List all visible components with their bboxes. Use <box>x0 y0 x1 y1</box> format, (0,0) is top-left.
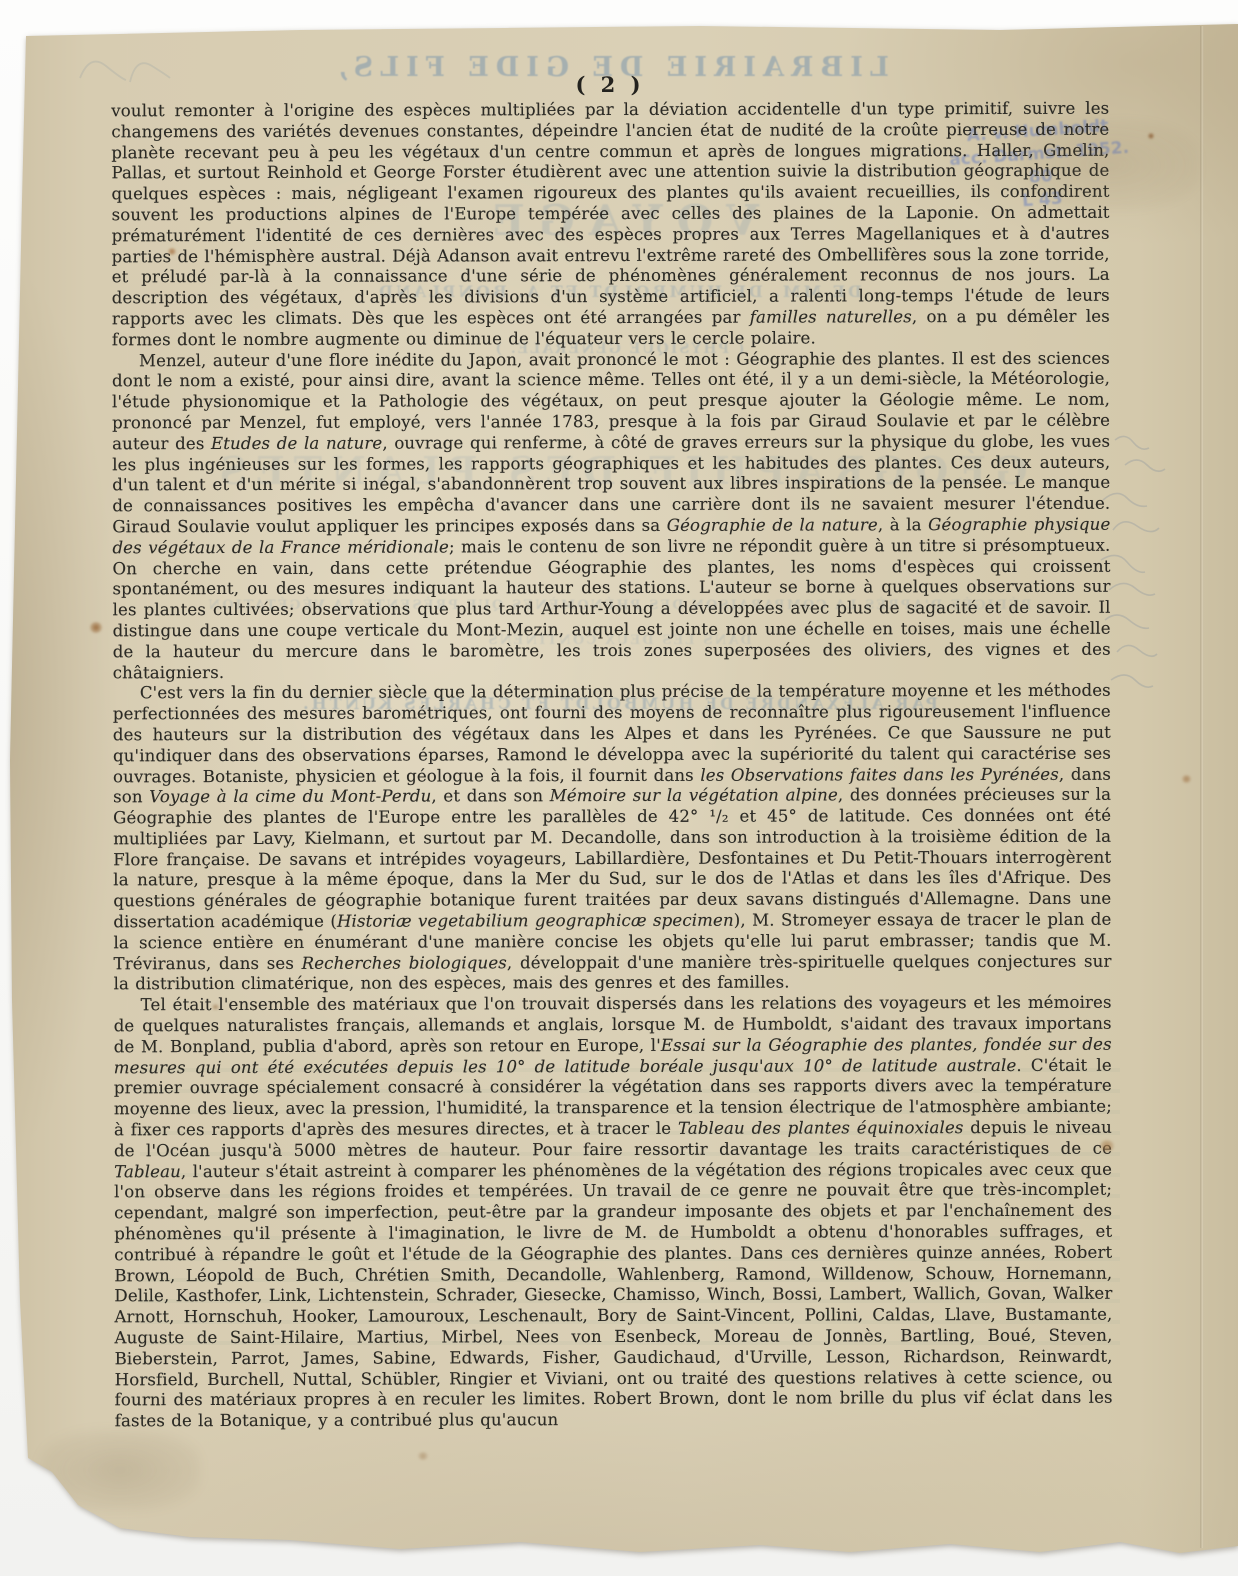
paragraph: Menzel, auteur d'une flore inédite du Ja… <box>112 348 1111 683</box>
italic-title-segment: Mémoire sur la végétation alpine <box>550 786 838 806</box>
foxing-spot <box>90 622 102 633</box>
text-segment: , à la <box>878 515 928 534</box>
paragraph: Tel était l'ensemble des matériaux que l… <box>114 993 1113 1432</box>
italic-title-segment: Tableau des plantes équinoxiales <box>678 1118 964 1138</box>
foxing-spot <box>1182 775 1191 783</box>
italic-title-segment: les Observations faites dans les Pyrénée… <box>700 764 1059 784</box>
italic-title-segment: Historiæ vegetabilium geographicæ specim… <box>337 911 734 931</box>
italic-title-segment: Etudes de la nature <box>211 433 382 452</box>
italic-title-segment: Tableau <box>114 1162 181 1181</box>
paragraph: voulut remonter à l'origine des espèces … <box>111 99 1110 351</box>
italic-title-segment: familles naturelles <box>750 307 912 326</box>
fold-crease <box>1200 26 1204 1548</box>
foxing-spot <box>212 1004 219 1010</box>
foxing-spot <box>418 1452 428 1460</box>
paper-sheet: LIBRAIRIE DE GIDE FILS, VOYAGE DE MM. DE… <box>0 0 1238 1576</box>
text-segment: ; mais le contenu de son livre ne répond… <box>112 535 1110 681</box>
body-text: voulut remonter à l'origine des espèces … <box>111 99 1112 1433</box>
foxing-spot <box>1100 1140 1114 1152</box>
pencil-marks <box>1095 420 1235 710</box>
stain-smudge <box>1020 120 1200 210</box>
italic-title-segment: Voyage à la cime du Mont-Perdu <box>149 787 431 807</box>
paragraph: C'est vers la fin du dernier siècle que … <box>113 681 1112 996</box>
stain-smudge <box>40 1430 200 1510</box>
paper-shadow: LIBRAIRIE DE GIDE FILS, VOYAGE DE MM. DE… <box>0 0 1238 1576</box>
page-number: ( 2 ) <box>0 72 1220 97</box>
italic-title-segment: Géographie de la nature <box>667 515 878 535</box>
scanned-document: { "page": { "number": "( 2 )" }, "ghosts… <box>0 0 1238 1576</box>
text-segment: voulut remonter à l'origine des espèces … <box>111 99 1110 329</box>
text-segment: , l'auteur s'était astreint à comparer l… <box>114 1159 1113 1430</box>
foxing-spot <box>168 248 176 255</box>
text-segment: , et dans son <box>431 786 549 805</box>
italic-title-segment: Recherches biologiques <box>302 953 507 973</box>
